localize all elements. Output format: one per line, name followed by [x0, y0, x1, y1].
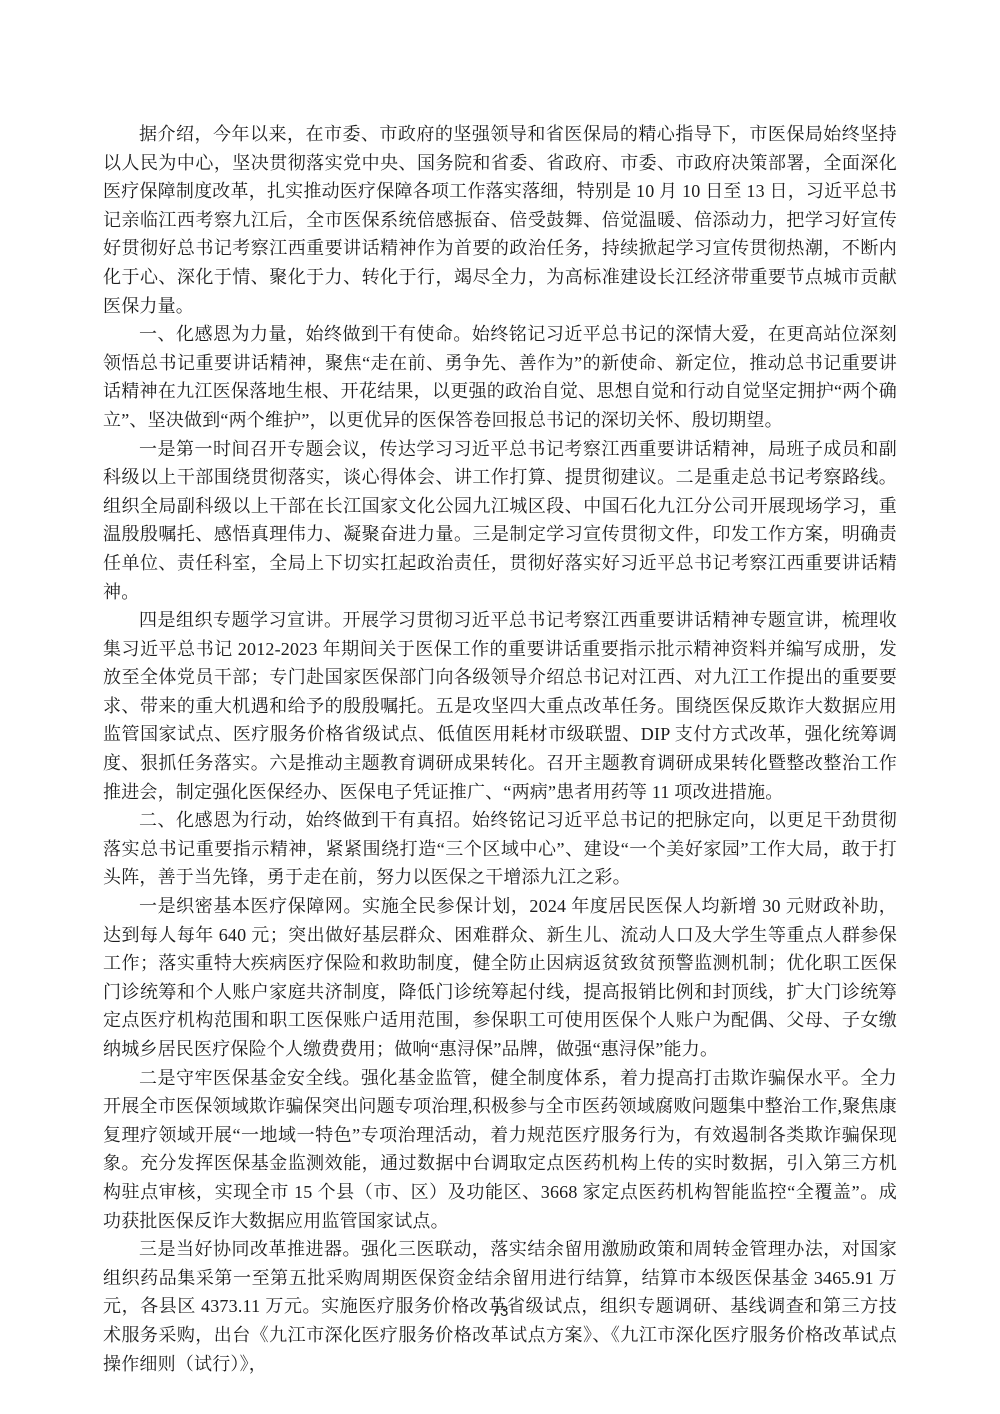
document-body: 据介绍，今年以来，在市委、市政府的坚强领导和省医保局的精心指导下，市医保局始终坚…: [103, 120, 897, 1378]
paragraph-section-1-items-4-6: 四是组织专题学习宣讲。开展学习贯彻习近平总书记考察江西重要讲话精神专题宣讲，梳理…: [103, 606, 897, 806]
paragraph-section-2-item-2: 二是守牢医保基金安全线。强化基金监管，健全制度体系，着力提高打击欺诈骗保水平。全…: [103, 1064, 897, 1236]
page-footer: 73: [0, 1303, 1000, 1321]
paragraph-section-2: 二、化感恩为行动，始终做到干有真招。始终铭记习近平总书记的把脉定向，以更足干劲贯…: [103, 806, 897, 892]
page-number: 73: [492, 1303, 509, 1320]
document-page: 据介绍，今年以来，在市委、市政府的坚强领导和省医保局的精心指导下，市医保局始终坚…: [0, 0, 1000, 1414]
paragraph-intro: 据介绍，今年以来，在市委、市政府的坚强领导和省医保局的精心指导下，市医保局始终坚…: [103, 120, 897, 320]
paragraph-section-1: 一、化感恩为力量，始终做到干有使命。始终铭记习近平总书记的深情大爱，在更高站位深…: [103, 320, 897, 434]
paragraph-section-2-item-1: 一是织密基本医疗保障网。实施全民参保计划，2024 年度居民医保人均新增 30 …: [103, 892, 897, 1064]
paragraph-section-1-items-1-3: 一是第一时间召开专题会议，传达学习习近平总书记考察江西重要讲话精神，局班子成员和…: [103, 435, 897, 607]
